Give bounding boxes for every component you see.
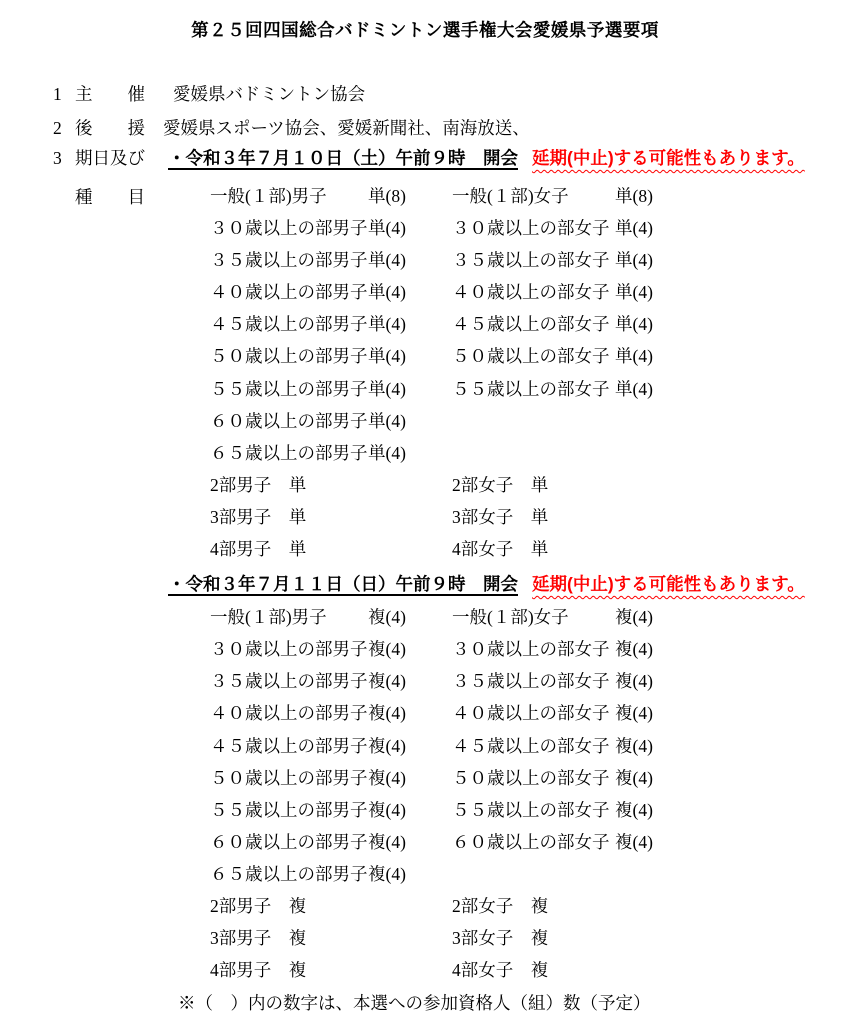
event-name-women: 一般(１部)女子 <box>452 601 569 633</box>
event-name-women: 3部女子 単 <box>452 501 548 533</box>
event-count-women: 単(4) <box>615 340 653 372</box>
event-name-women: ５０歳以上の部女子 <box>452 762 610 794</box>
event-name-men: ６０歳以上の部男子 <box>210 405 368 437</box>
event-name-men: 2部男子 単 <box>210 469 306 501</box>
item-value-supporters: 愛媛県スポーツ協会、愛媛新聞社、南海放送、 <box>163 117 530 139</box>
session-block: ・令和３年７月１０日（土）午前９時 開会延期(中止)する可能性もあります。 一般… <box>0 147 850 565</box>
event-name-women: 2部女子 複 <box>452 890 548 922</box>
event-row: ５５歳以上の部男子 複(4) ５５歳以上の部女子 複(4) <box>0 794 850 826</box>
event-name-men: ３５歳以上の部男子 <box>210 244 368 276</box>
event-row: ３０歳以上の部男子 複(4) ３０歳以上の部女子 複(4) <box>0 633 850 665</box>
event-name-men: 一般(１部)男子 <box>210 601 327 633</box>
event-row: ４０歳以上の部男子 単(4) ４０歳以上の部女子 単(4) <box>0 276 850 308</box>
session-date-row: ・令和３年７月１１日（日）午前９時 開会延期(中止)する可能性もあります。 <box>0 573 850 601</box>
session-block: ・令和３年７月１１日（日）午前９時 開会延期(中止)する可能性もあります。 一般… <box>0 573 850 986</box>
item-number: 2 <box>53 117 62 139</box>
event-name-women: 4部女子 単 <box>452 533 548 565</box>
event-count-women: 複(4) <box>615 633 653 665</box>
event-name-men: ３５歳以上の部男子 <box>210 665 368 697</box>
event-name-women: 一般(１部)女子 <box>452 180 569 212</box>
event-count-women: 複(4) <box>615 697 653 729</box>
event-count-women: 単(4) <box>615 276 653 308</box>
event-count-men: 複(4) <box>368 633 406 665</box>
event-row: 3部男子 複 3部女子 複 <box>0 922 850 954</box>
event-count-men: 単(4) <box>368 276 406 308</box>
event-row: ６０歳以上の部男子 単(4) <box>0 405 850 437</box>
event-count-men: 複(4) <box>368 601 406 633</box>
event-count-men: 単(4) <box>368 244 406 276</box>
event-count-men: 単(8) <box>368 180 406 212</box>
event-count-women: 単(4) <box>615 244 653 276</box>
event-name-men: 4部男子 単 <box>210 533 306 565</box>
event-name-men: 4部男子 複 <box>210 954 306 986</box>
event-name-men: 3部男子 複 <box>210 922 306 954</box>
item-value-organizer: 愛媛県バドミントン協会 <box>173 83 365 105</box>
event-name-women: ４０歳以上の部女子 <box>452 276 610 308</box>
event-name-men: 2部男子 複 <box>210 890 306 922</box>
line-organizer: 1 主 催 愛媛県バドミントン協会 <box>0 83 850 105</box>
event-row: ５０歳以上の部男子 複(4) ５０歳以上の部女子 複(4) <box>0 762 850 794</box>
event-row: 一般(１部)男子 複(4) 一般(１部)女子 複(4) <box>0 601 850 633</box>
event-name-men: ５０歳以上の部男子 <box>210 340 368 372</box>
event-row: 2部男子 単 2部女子 単 <box>0 469 850 501</box>
event-count-women: 複(4) <box>615 601 653 633</box>
event-row: ６５歳以上の部男子 複(4) <box>0 858 850 890</box>
event-count-women: 単(4) <box>615 373 653 405</box>
session-date-row: ・令和３年７月１０日（土）午前９時 開会延期(中止)する可能性もあります。 <box>0 147 850 180</box>
event-row: ６０歳以上の部男子 複(4) ６０歳以上の部女子 複(4) <box>0 826 850 858</box>
event-row: ４０歳以上の部男子 複(4) ４０歳以上の部女子 複(4) <box>0 697 850 729</box>
event-rows: 一般(１部)男子 単(8) 一般(１部)女子 単(8) ３０歳以上の部男子 単(… <box>0 180 850 565</box>
event-count-men: 単(4) <box>368 340 406 372</box>
event-count-men: 複(4) <box>368 794 406 826</box>
event-row: ６５歳以上の部男子 単(4) <box>0 437 850 469</box>
event-name-men: ５５歳以上の部男子 <box>210 794 368 826</box>
event-name-women: ４５歳以上の部女子 <box>452 730 610 762</box>
event-count-men: 単(4) <box>368 373 406 405</box>
event-name-women: 3部女子 複 <box>452 922 548 954</box>
event-count-women: 複(4) <box>615 794 653 826</box>
event-name-men: ５５歳以上の部男子 <box>210 373 368 405</box>
event-count-men: 複(4) <box>368 762 406 794</box>
event-row: ３０歳以上の部男子 単(4) ３０歳以上の部女子 単(4) <box>0 212 850 244</box>
event-row: ４５歳以上の部男子 複(4) ４５歳以上の部女子 複(4) <box>0 730 850 762</box>
event-count-men: 単(4) <box>368 437 406 469</box>
tournament-notice-document: 第２５回四国総合バドミントン選手権大会愛媛県予選要項 1 主 催 愛媛県バドミン… <box>0 0 850 1017</box>
event-name-women: ３５歳以上の部女子 <box>452 244 610 276</box>
event-name-women: ４０歳以上の部女子 <box>452 697 610 729</box>
event-row: 4部男子 単 4部女子 単 <box>0 533 850 565</box>
event-count-men: 複(4) <box>368 697 406 729</box>
event-name-men: ４５歳以上の部男子 <box>210 730 368 762</box>
event-row: 一般(１部)男子 単(8) 一般(１部)女子 単(8) <box>0 180 850 212</box>
event-count-men: 複(4) <box>368 665 406 697</box>
event-name-women: ３０歳以上の部女子 <box>452 633 610 665</box>
event-name-men: ６０歳以上の部男子 <box>210 826 368 858</box>
event-name-men: ５０歳以上の部男子 <box>210 762 368 794</box>
postpone-alert: 延期(中止)する可能性もあります。 <box>532 574 805 594</box>
event-name-women: ５５歳以上の部女子 <box>452 794 610 826</box>
event-count-women: 単(4) <box>615 212 653 244</box>
event-row: ５０歳以上の部男子 単(4) ５０歳以上の部女子 単(4) <box>0 340 850 372</box>
event-name-men: ４５歳以上の部男子 <box>210 308 368 340</box>
event-row: ３５歳以上の部男子 単(4) ３５歳以上の部女子 単(4) <box>0 244 850 276</box>
session-date: ・令和３年７月１１日（日）午前９時 開会 <box>168 574 518 594</box>
event-count-men: 単(4) <box>368 405 406 437</box>
footnote: ※（ ）内の数字は、本選への参加資格人（組）数（予定） <box>178 994 651 1012</box>
event-row: ３５歳以上の部男子 複(4) ３５歳以上の部女子 複(4) <box>0 665 850 697</box>
event-name-men: ６５歳以上の部男子 <box>210 437 368 469</box>
event-row: ５５歳以上の部男子 単(4) ５５歳以上の部女子 単(4) <box>0 373 850 405</box>
event-count-men: 単(4) <box>368 212 406 244</box>
event-count-men: 単(4) <box>368 308 406 340</box>
event-name-women: ４５歳以上の部女子 <box>452 308 610 340</box>
event-name-men: ３０歳以上の部男子 <box>210 212 368 244</box>
event-count-men: 複(4) <box>368 826 406 858</box>
event-name-men: ４０歳以上の部男子 <box>210 276 368 308</box>
event-name-men: ６５歳以上の部男子 <box>210 858 368 890</box>
event-count-men: 複(4) <box>368 858 406 890</box>
event-name-women: ３５歳以上の部女子 <box>452 665 610 697</box>
event-row: 2部男子 複 2部女子 複 <box>0 890 850 922</box>
event-name-women: 2部女子 単 <box>452 469 548 501</box>
event-name-women: ６０歳以上の部女子 <box>452 826 610 858</box>
schedule-sections: ・令和３年７月１０日（土）午前９時 開会延期(中止)する可能性もあります。 一般… <box>0 147 850 986</box>
item-label-organizer: 主 催 <box>75 83 145 105</box>
event-name-men: 3部男子 単 <box>210 501 306 533</box>
event-name-women: ５０歳以上の部女子 <box>452 340 610 372</box>
event-name-women: ５５歳以上の部女子 <box>452 373 610 405</box>
event-count-women: 単(4) <box>615 308 653 340</box>
event-count-women: 複(4) <box>615 665 653 697</box>
event-name-women: 4部女子 複 <box>452 954 548 986</box>
event-count-women: 複(4) <box>615 762 653 794</box>
document-title: 第２５回四国総合バドミントン選手権大会愛媛県予選要項 <box>0 19 850 41</box>
line-supporters: 2 後 援 愛媛県スポーツ協会、愛媛新聞社、南海放送、 <box>0 117 850 139</box>
postpone-alert: 延期(中止)する可能性もあります。 <box>532 148 805 168</box>
event-name-men: ４０歳以上の部男子 <box>210 697 368 729</box>
event-row: ４５歳以上の部男子 単(4) ４５歳以上の部女子 単(4) <box>0 308 850 340</box>
event-name-women: ３０歳以上の部女子 <box>452 212 610 244</box>
item-number: 1 <box>53 83 62 105</box>
event-row: 3部男子 単 3部女子 単 <box>0 501 850 533</box>
event-count-women: 複(4) <box>615 826 653 858</box>
event-name-men: ３０歳以上の部男子 <box>210 633 368 665</box>
session-date: ・令和３年７月１０日（土）午前９時 開会 <box>168 148 518 168</box>
event-count-men: 複(4) <box>368 730 406 762</box>
event-rows: 一般(１部)男子 複(4) 一般(１部)女子 複(4) ３０歳以上の部男子 複(… <box>0 601 850 986</box>
event-name-men: 一般(１部)男子 <box>210 180 327 212</box>
item-label-supporters: 後 援 <box>75 117 145 139</box>
event-count-women: 複(4) <box>615 730 653 762</box>
event-count-women: 単(8) <box>615 180 653 212</box>
event-row: 4部男子 複 4部女子 複 <box>0 954 850 986</box>
